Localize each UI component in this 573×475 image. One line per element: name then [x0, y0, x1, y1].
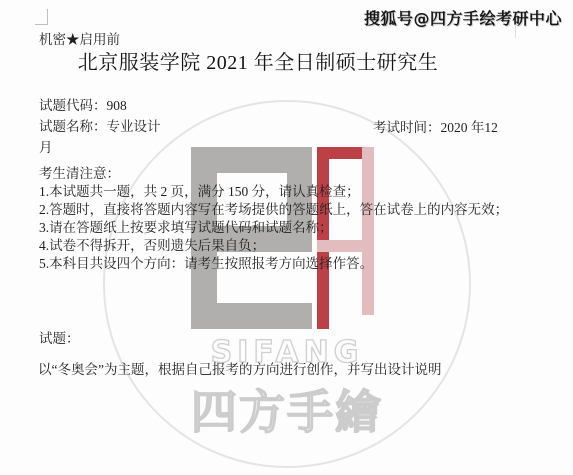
exam-time-overflow: 月: [39, 137, 161, 158]
logo-gray-bottom-bar: [191, 303, 312, 329]
confidential-label: 机密★启用前: [39, 28, 120, 48]
exam-name-label: 试题名称：: [39, 119, 107, 134]
exam-name-field: 试题名称：专业设计: [39, 116, 161, 137]
exam-title: 北京服装学院 2021 年全日制硕士研究生: [0, 46, 516, 75]
notice-item: 1.本试题共一题，共 2 页，满分 150 分，请认真检查；: [39, 183, 508, 201]
exam-time-label: 考试时间：: [373, 120, 441, 135]
exam-time-field: 考试时间：2020 年12: [373, 116, 498, 136]
page-margin-mark-top-left: [35, 9, 48, 25]
exam-code-field: 试题代码：908: [39, 95, 161, 116]
exam-meta-block: 试题代码：908 试题名称：专业设计 月: [39, 95, 161, 158]
notice-item: 5.本科目共设四个方向：请考生按照报考方向选择作答。: [39, 255, 508, 273]
candidate-notice-block: 考生清注意： 1.本试题共一题，共 2 页，满分 150 分，请认真检查； 2.…: [39, 165, 508, 273]
notice-item: 4.试卷不得拆开，否则遗失后果自负；: [39, 237, 508, 255]
watermark-cjk-text: 四方手繪: [191, 385, 383, 439]
notice-item: 3.请在答题纸上按要求填写试题代码和试题名称；: [39, 219, 508, 237]
exam-name-value: 专业设计: [107, 119, 161, 134]
question-heading: 试题：: [39, 327, 80, 347]
page-margin-mark-top-right: [515, 25, 516, 38]
exam-document-page: SIFANG 四方手繪 搜狐号@四方手绘考研中心 机密★启用前 北京服装学院 2…: [0, 0, 573, 475]
question-text: 以“冬奥会”为主题，根据自己报考的方向进行创作，并写出设计说明: [38, 358, 441, 378]
exam-time-value: 2020 年12: [441, 120, 498, 135]
exam-code-label: 试题代码：: [39, 98, 107, 113]
sohu-account-badge: 搜狐号@四方手绘考研中心: [364, 6, 562, 29]
notice-item: 2.答题时，直接将答题内容写在考场提供的答题纸上，答在试卷上的内容无效；: [39, 201, 508, 219]
notice-heading: 考生清注意：: [39, 165, 508, 183]
exam-code-value: 908: [107, 98, 127, 113]
